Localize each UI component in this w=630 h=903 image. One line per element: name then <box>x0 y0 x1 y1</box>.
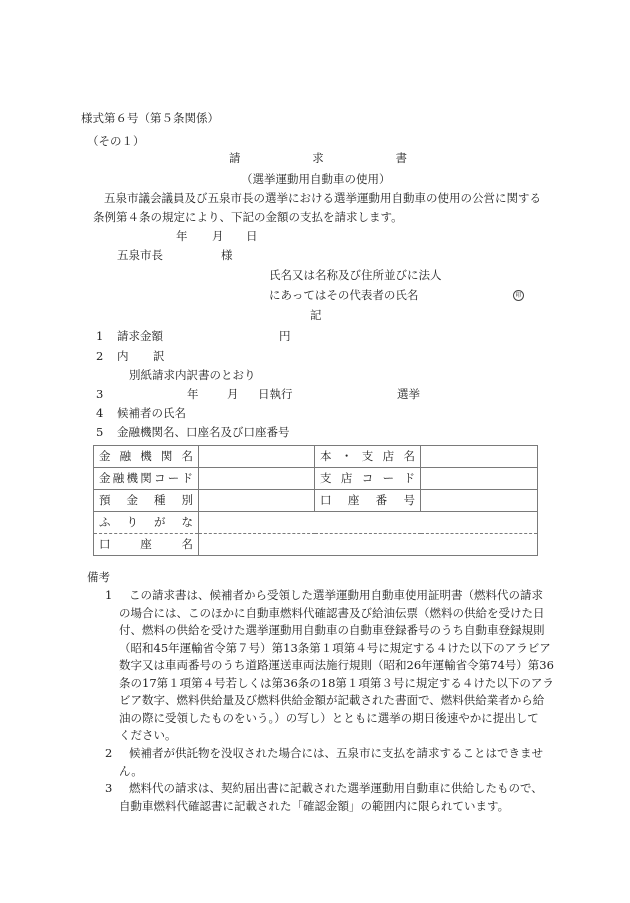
item-4-number: 4 <box>96 408 103 420</box>
title-char: 請 <box>229 153 241 165</box>
claimant-line-2: にあってはその代表者の氏名 <box>269 290 418 302</box>
item-3-election: 選挙 <box>397 389 420 401</box>
date-year: 年 <box>176 231 188 243</box>
subtitle: （選挙運動用自動車の使用） <box>241 174 391 186</box>
item-4-label: 候補者の氏名 <box>117 408 186 420</box>
item-3-day: 日執行 <box>258 389 293 401</box>
remark-number: 1 <box>105 587 112 605</box>
label-account-number: 口座番号 <box>315 490 421 512</box>
claimant-line-1: 氏名又は名称及び住所並びに法人 <box>269 270 442 282</box>
item-1-label: 請求金額 <box>117 331 163 343</box>
item-3-year: 年 <box>187 389 199 401</box>
title-char: 求 <box>312 153 324 165</box>
furigana-field[interactable] <box>199 512 538 534</box>
table-row: 預金種別 口座番号 <box>94 490 538 512</box>
account-number-field[interactable] <box>421 490 538 512</box>
item-2-label-b: 訳 <box>153 351 165 363</box>
item-2-number: 2 <box>96 351 103 363</box>
label-branch-name: 本・支店名 <box>315 446 421 468</box>
item-2-label-a: 内 <box>117 351 129 363</box>
remark-number: 2 <box>105 745 112 763</box>
bank-account-table: 金融機関名 本・支店名 金融機関コード 支店コード 預金種別 <box>93 445 538 556</box>
bank-name-field[interactable] <box>199 446 315 468</box>
label-deposit-type: 預金種別 <box>94 490 199 512</box>
form-number: 様式第６号（第５条関係） <box>81 113 219 125</box>
table-row: 金融機関コード 支店コード <box>94 468 538 490</box>
label-account-name: 口座名 <box>94 534 199 556</box>
remark-item-3: 3 燃料代の請求は、契約届出書に記載された選挙運動用自動車に供給したもので、 自… <box>93 780 563 815</box>
intro-line-1: 五泉市議会議員及び五泉市長の選挙における選挙運動用自動車の使用の公営に関する <box>104 193 541 205</box>
remarks-heading: 備考 <box>87 572 110 584</box>
branch-code-field[interactable] <box>421 468 538 490</box>
ki-heading: 記 <box>310 310 322 322</box>
addressee-honorific: 様 <box>221 250 233 262</box>
table-row: 金融機関名 本・支店名 <box>94 446 538 468</box>
remark-item-2: 2 候補者が供託物を没収された場合には、五泉市に支払を請求することはできませ ん… <box>93 745 563 780</box>
label-branch-code: 支店コード <box>315 468 421 490</box>
intro-line-2: 条例第４条の規定により、下記の金額の支払を請求します。 <box>93 212 403 224</box>
item-2-detail: 別紙請求内訳書のとおり <box>129 370 256 382</box>
deposit-type-field[interactable] <box>199 490 315 512</box>
page-title: 請 求 書 <box>229 153 407 165</box>
item-1-unit: 円 <box>279 331 291 343</box>
item-3-month: 月 <box>227 389 239 401</box>
item-3-number: 3 <box>96 389 103 401</box>
label-bank-code: 金融機関コード <box>94 468 199 490</box>
item-1-number: 1 <box>96 331 103 343</box>
date-month: 月 <box>212 231 224 243</box>
label-furigana: ふりがな <box>94 512 199 534</box>
sub-number: （その１） <box>87 136 145 148</box>
remark-item-1: 1 この請求書は、候補者から受領した選挙運動用自動車使用証明書（燃料代の請求 の… <box>93 587 563 745</box>
branch-name-field[interactable] <box>421 446 538 468</box>
addressee-name: 五泉市長 <box>117 250 163 262</box>
label-bank-name: 金融機関名 <box>94 446 199 468</box>
item-5-number: 5 <box>96 427 103 439</box>
table-row: 口座名 <box>94 534 538 556</box>
remark-number: 3 <box>105 780 112 798</box>
bank-code-field[interactable] <box>199 468 315 490</box>
table-row: ふりがな <box>94 512 538 534</box>
item-5-label: 金融機関名、口座名及び口座番号 <box>117 427 290 439</box>
seal-mark: 印 <box>513 290 524 301</box>
title-char: 書 <box>396 153 408 165</box>
account-name-field[interactable] <box>199 534 538 556</box>
date-day: 日 <box>246 231 258 243</box>
